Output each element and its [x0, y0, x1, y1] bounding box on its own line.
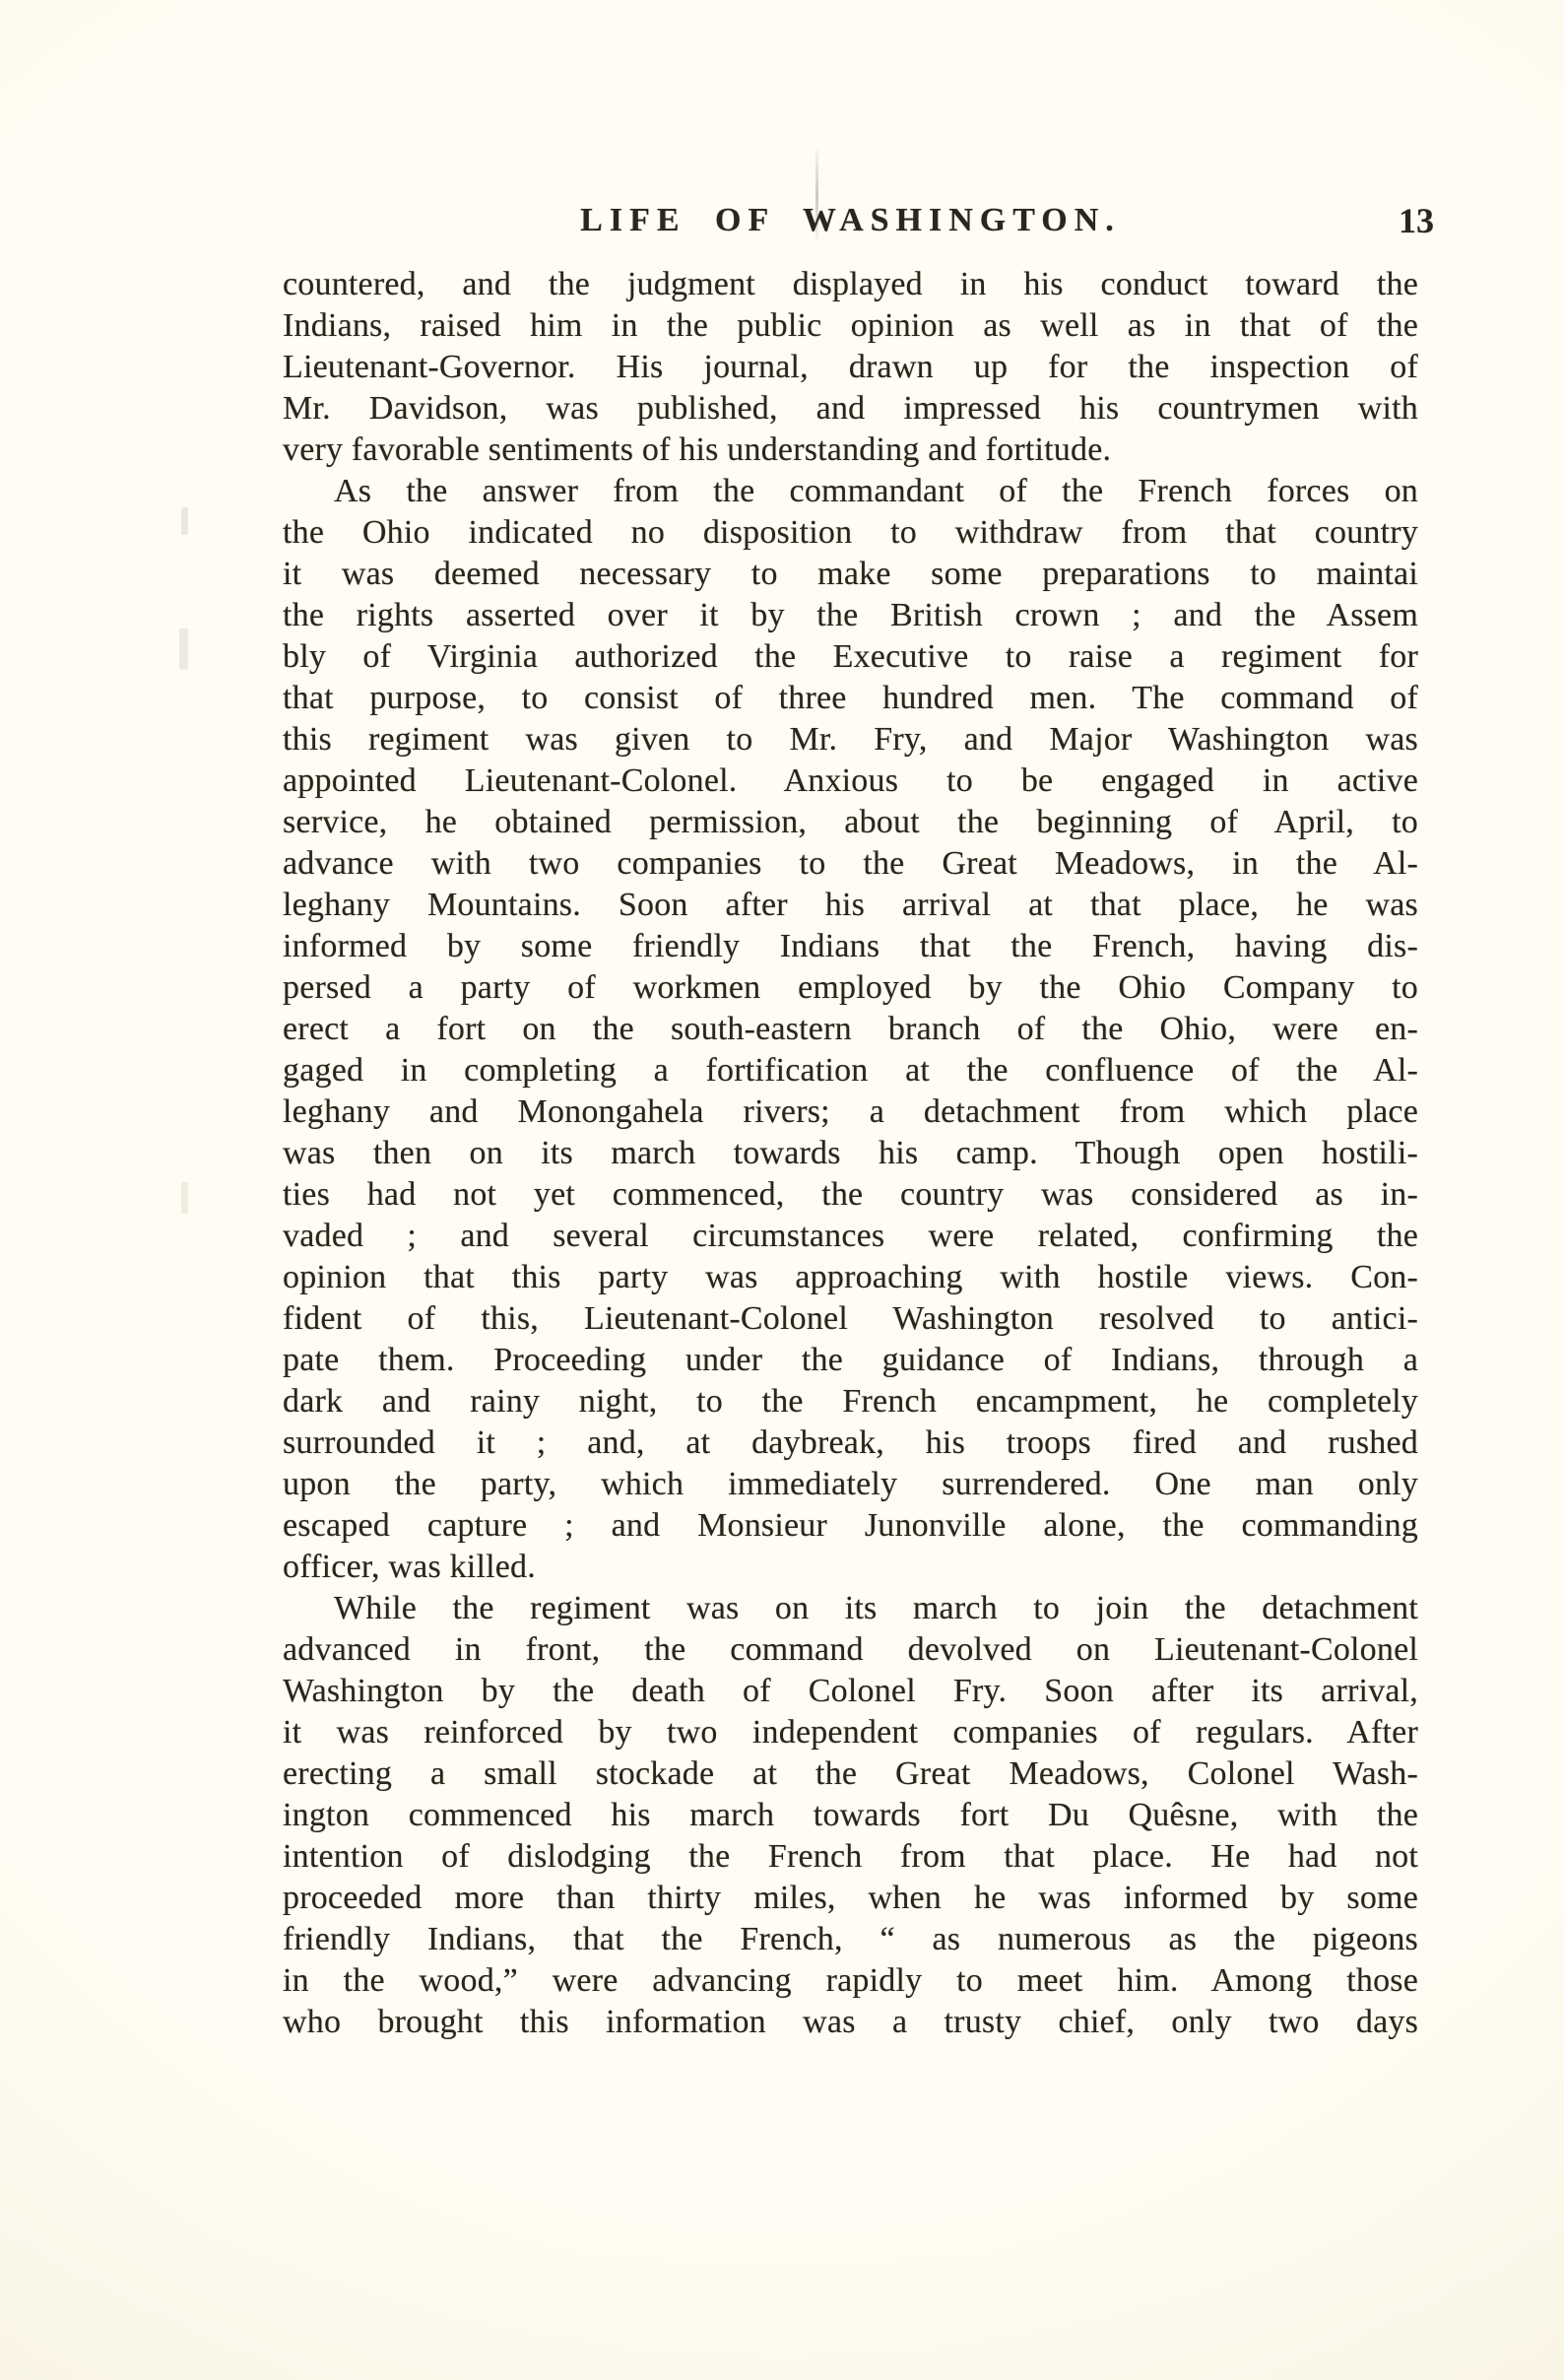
text-line: escaped capture ; and Monsieur Junonvill…	[283, 1505, 1418, 1547]
text-line: bly of Virginia authorized the Executive…	[283, 636, 1418, 678]
text-line: it was reinforced by two independent com…	[283, 1712, 1418, 1753]
text-line: erecting a small stockade at the Great M…	[283, 1753, 1418, 1795]
text-line: Indians, raised him in the public opinio…	[283, 305, 1418, 347]
page-number: 13	[1399, 200, 1434, 241]
text-line: countered, and the judgment displayed in…	[283, 264, 1418, 305]
text-line: pate them. Proceeding under the guidance…	[283, 1340, 1418, 1381]
text-line: fident of this, Lieutenant-Colonel Washi…	[283, 1298, 1418, 1340]
text-line: ington commenced his march towards fort …	[283, 1795, 1418, 1836]
text-line: who brought this information was a trust…	[283, 2002, 1418, 2043]
text-line: advanced in front, the command devolved …	[283, 1629, 1418, 1671]
text-line: it was deemed necessary to make some pre…	[283, 554, 1418, 595]
text-block: countered, and the judgment displayed in…	[283, 264, 1418, 2043]
scan-artifact-speck	[179, 628, 188, 670]
text-line: leghany Mountains. Soon after his arriva…	[283, 885, 1418, 926]
text-line: persed a party of workmen employed by th…	[283, 967, 1418, 1009]
text-line: leghany and Monongahela rivers; a detach…	[283, 1091, 1418, 1133]
text-line: intention of dislodging the French from …	[283, 1836, 1418, 1878]
text-line: opinion that this party was approaching …	[283, 1257, 1418, 1298]
text-line: As the answer from the commandant of the…	[283, 471, 1418, 512]
text-line: service, he obtained permission, about t…	[283, 802, 1418, 843]
paragraph: countered, and the judgment displayed in…	[283, 264, 1418, 471]
text-line: While the regiment was on its march to j…	[283, 1588, 1418, 1629]
text-line: officer, was killed.	[283, 1547, 1418, 1588]
text-line: Mr. Davidson, was published, and impress…	[283, 388, 1418, 430]
book-page: LIFE OF WASHINGTON. 13 countered, and th…	[0, 0, 1564, 2380]
text-line: informed by some friendly Indians that t…	[283, 926, 1418, 967]
text-line: Washington by the death of Colonel Fry. …	[283, 1671, 1418, 1712]
text-line: the Ohio indicated no disposition to wit…	[283, 512, 1418, 554]
text-line: appointed Lieutenant-Colonel. Anxious to…	[283, 760, 1418, 802]
text-line: Lieutenant-Governor. His journal, drawn …	[283, 347, 1418, 388]
text-line: very favorable sentiments of his underst…	[283, 430, 1418, 471]
text-line: this regiment was given to Mr. Fry, and …	[283, 719, 1418, 760]
text-line: surrounded it ; and, at daybreak, his tr…	[283, 1422, 1418, 1464]
running-head: LIFE OF WASHINGTON. 13	[283, 202, 1418, 247]
text-line: vaded ; and several circumstances were r…	[283, 1216, 1418, 1257]
text-line: that purpose, to consist of three hundre…	[283, 678, 1418, 719]
text-line: the rights asserted over it by the Briti…	[283, 595, 1418, 636]
text-line: friendly Indians, that the French, “ as …	[283, 1919, 1418, 1960]
text-line: was then on its march towards his camp. …	[283, 1133, 1418, 1174]
paragraph: While the regiment was on its march to j…	[283, 1588, 1418, 2043]
scan-artifact-speck	[181, 507, 188, 535]
text-line: dark and rainy night, to the French enca…	[283, 1381, 1418, 1422]
text-line: gaged in completing a fortification at t…	[283, 1050, 1418, 1091]
text-line: in the wood,” were advancing rapidly to …	[283, 1960, 1418, 2002]
text-line: ties had not yet commenced, the country …	[283, 1174, 1418, 1216]
text-line: erect a fort on the south-eastern branch…	[283, 1009, 1418, 1050]
scan-artifact-speck	[181, 1182, 188, 1214]
page-title: LIFE OF WASHINGTON.	[283, 202, 1418, 239]
text-line: proceeded more than thirty miles, when h…	[283, 1878, 1418, 1919]
text-line: advance with two companies to the Great …	[283, 843, 1418, 885]
text-line: upon the party, which immediately surren…	[283, 1464, 1418, 1505]
paragraph: As the answer from the commandant of the…	[283, 471, 1418, 1588]
scan-artifact-scratch	[815, 150, 818, 240]
